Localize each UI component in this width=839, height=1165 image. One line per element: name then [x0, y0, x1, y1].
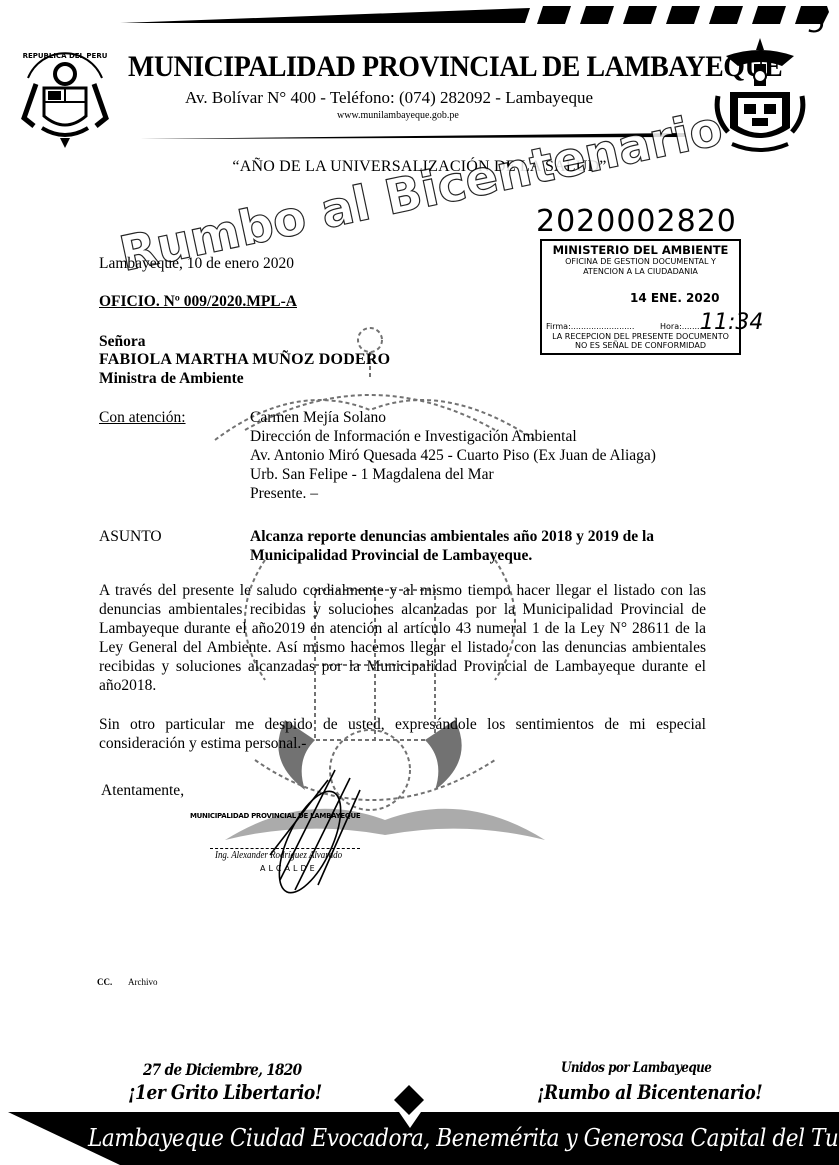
- stamp-hora: Hora:.........: [660, 322, 705, 331]
- lambayeque-coat-of-arms-icon: [712, 36, 808, 156]
- subject-text: Alcanza reporte denuncias ambientales añ…: [250, 527, 700, 565]
- subject-label: ASUNTO: [99, 527, 162, 546]
- page-number: 5: [808, 6, 826, 39]
- attention-label: Con atención:: [99, 408, 186, 427]
- seal-text: MUNICIPALIDAD PROVINCIAL DE LAMBAYEQUE: [190, 812, 360, 820]
- salutation: Señora: [99, 332, 146, 351]
- footer-right-tagline: Unidos por Lambayeque: [561, 1060, 711, 1076]
- stamp-date: 14 ENE. 2020: [630, 291, 719, 305]
- attention-block: Carmen Mejía Solano Dirección de Informa…: [250, 408, 656, 503]
- footer-left-date: 27 de Diciembre, 1820: [143, 1060, 301, 1079]
- recipient-title: Ministra de Ambiente: [99, 369, 244, 388]
- header-stripes: [535, 4, 835, 26]
- cc-value: Archivo: [128, 977, 158, 987]
- signature-line: [210, 848, 360, 849]
- footer-banner-text: Lambayeque Ciudad Evocadora, Benemérita …: [88, 1124, 839, 1152]
- body-paragraph-1: A través del presente le saludo cordialm…: [99, 581, 706, 695]
- stamp-firma: Firma:.........................: [546, 322, 634, 331]
- header-decorative-bar: [120, 6, 530, 24]
- stamp-note-2: NO ES SEÑAL DE CONFORMIDAD: [542, 341, 739, 350]
- recipient-name: FABIOLA MARTHA MUÑOZ DODERO: [99, 350, 390, 369]
- peru-coat-of-arms-icon: REPUBLICA DEL PERU: [14, 38, 116, 148]
- letter-date: Lambayeque, 10 de enero 2020: [99, 254, 294, 273]
- reception-stamp: MINISTERIO DEL AMBIENTE OFICINA DE GESTI…: [540, 239, 741, 355]
- stamp-registry-number: 2020002820: [536, 204, 737, 239]
- attention-line: Presente. –: [250, 484, 656, 503]
- diamond-icon: [394, 1085, 424, 1115]
- body-paragraph-2: Sin otro particular me despido de usted,…: [99, 715, 706, 753]
- handwritten-signature-icon: [240, 760, 380, 900]
- stamp-office-2: ATENCION A LA CIUDADANIA: [542, 267, 739, 276]
- signer-name: Ing. Alexander Rodríguez Alvarado: [215, 850, 342, 861]
- attention-line: Av. Antonio Miró Quesada 425 - Cuarto Pi…: [250, 446, 656, 465]
- institution-address: Av. Bolívar N° 400 - Teléfono: (074) 282…: [185, 88, 593, 108]
- institution-website: www.munilambayeque.gob.pe: [337, 110, 459, 121]
- attention-line: Carmen Mejía Solano: [250, 408, 656, 427]
- footer-right-motto: ¡Rumbo al Bicentenario!: [537, 1080, 762, 1104]
- stamp-office: OFICINA DE GESTION DOCUMENTAL Y: [542, 257, 739, 266]
- stamp-ministry: MINISTERIO DEL AMBIENTE: [542, 243, 739, 257]
- closing: Atentamente,: [101, 781, 184, 800]
- attention-line: Dirección de Información e Investigación…: [250, 427, 656, 446]
- cc-label: CC.: [97, 977, 112, 987]
- footer-left-motto: ¡1er Grito Libertario!: [128, 1080, 322, 1104]
- attention-line: Urb. San Felipe - 1 Magdalena del Mar: [250, 465, 656, 484]
- signer-role: ALCALDE: [260, 864, 318, 873]
- letter-reference: OFICIO. Nº 009/2020.MPL-A: [99, 292, 297, 311]
- institution-name: MUNICIPALIDAD PROVINCIAL DE LAMBAYEQUE: [128, 50, 663, 84]
- svg-text:REPUBLICA DEL PERU: REPUBLICA DEL PERU: [23, 52, 108, 60]
- stamp-handwritten-time: 11:34: [700, 310, 763, 335]
